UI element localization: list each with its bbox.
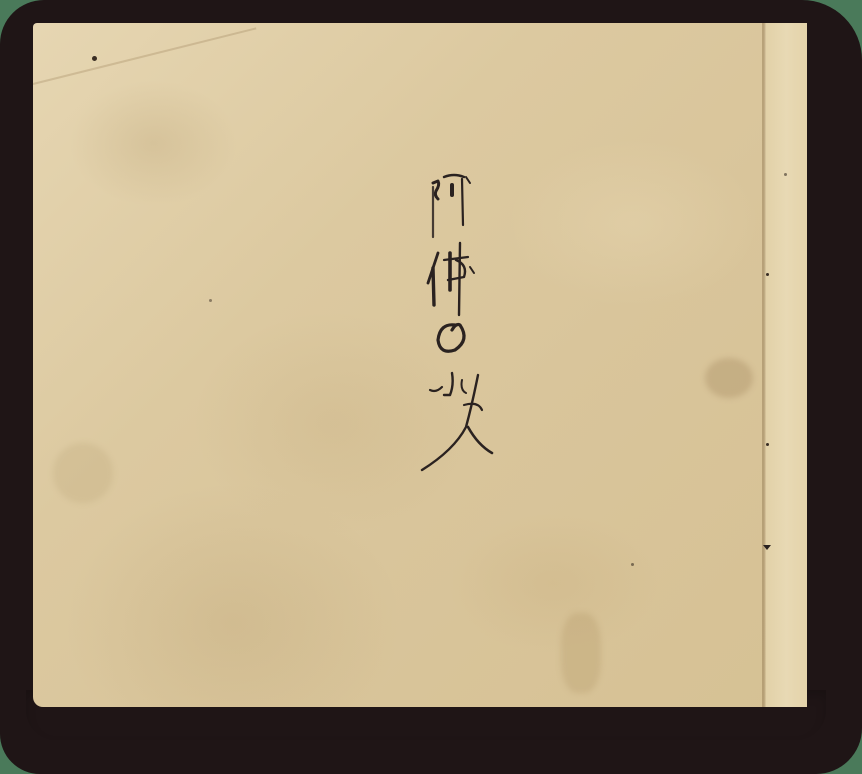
spine-marker <box>763 545 771 550</box>
spine-speck <box>784 173 787 176</box>
stain-bottom <box>561 613 601 693</box>
calligraphy-title: 阿佛の文 <box>400 165 500 485</box>
ink-spot <box>631 563 634 566</box>
calligraphy-strokes-icon <box>400 165 500 485</box>
stain-right <box>705 358 753 398</box>
spine-speck <box>766 273 769 276</box>
stain-left <box>53 443 113 503</box>
paper-crease <box>33 27 257 85</box>
ink-spot <box>92 56 97 61</box>
ink-spot <box>209 299 212 302</box>
spine-flap <box>766 23 807 707</box>
spine-speck <box>766 443 769 446</box>
